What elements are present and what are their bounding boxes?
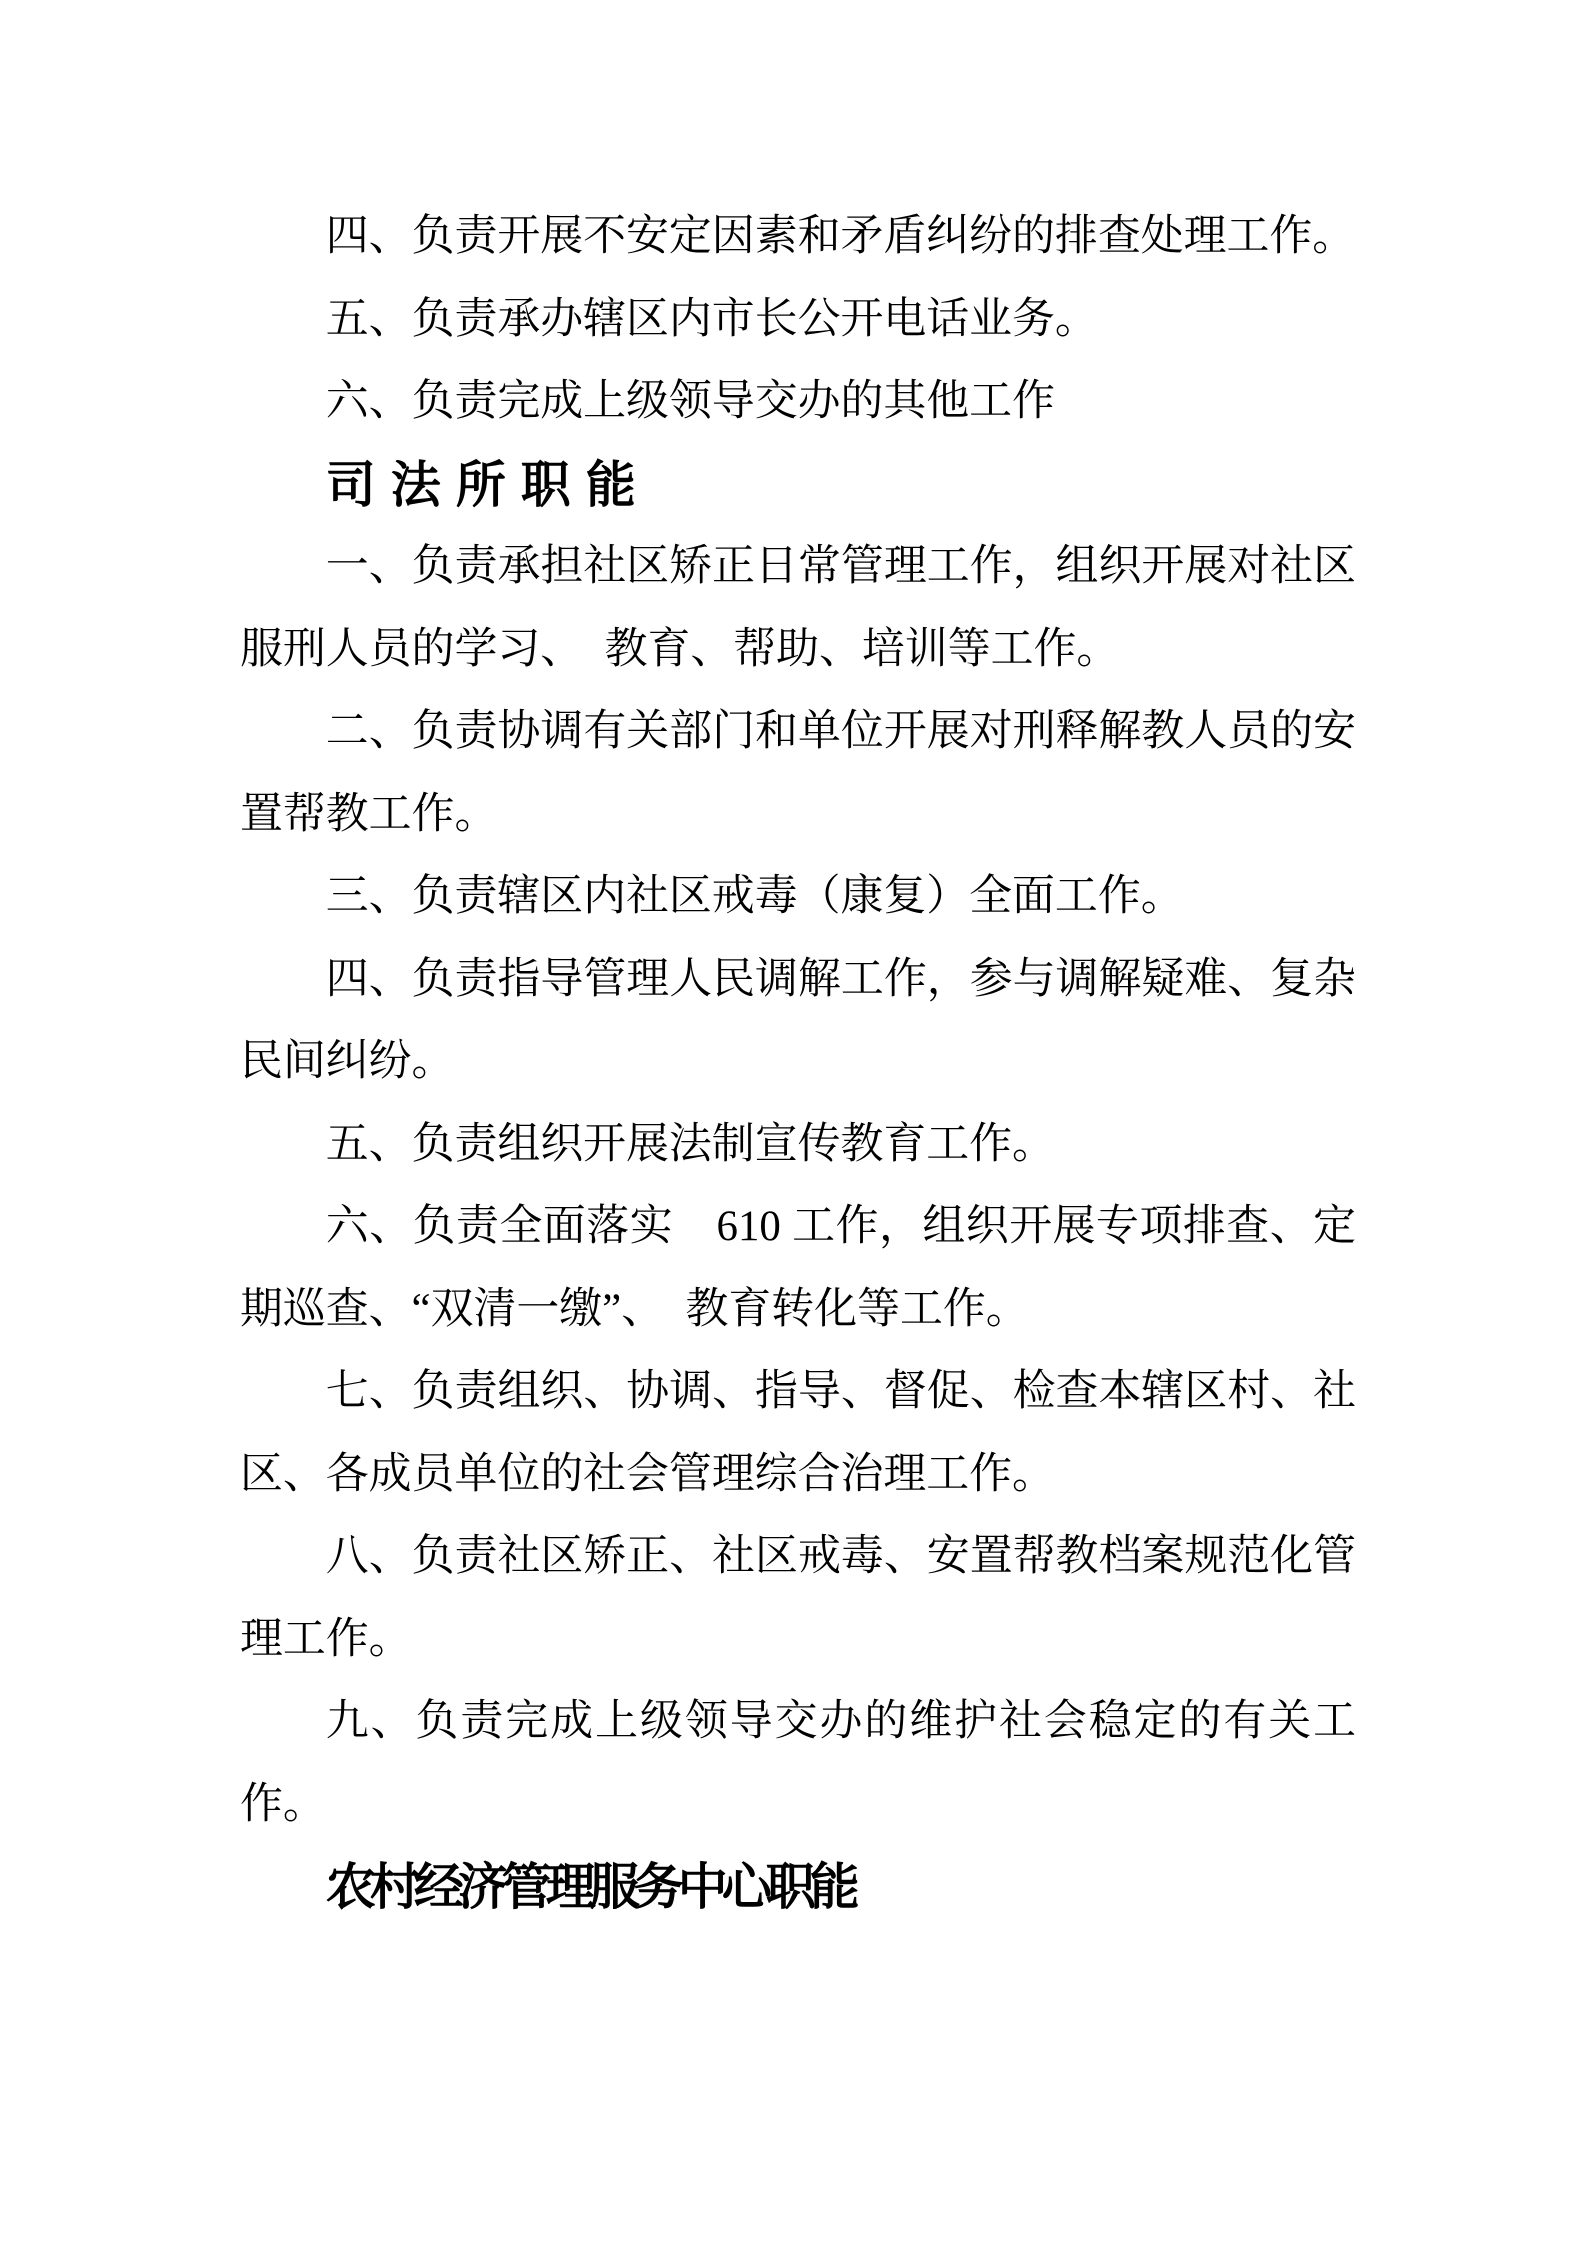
body-paragraph: 四、负责指导管理人民调解工作，参与调解疑难、复杂民间纠纷。: [240, 939, 1356, 1104]
document-page: 四、负责开展不安定因素和矛盾纠纷的排查处理工作。 五、负责承办辖区内市长公开电话…: [0, 0, 1587, 2245]
body-paragraph: 五、负责组织开展法制宣传教育工作。: [240, 1104, 1356, 1187]
body-paragraph: 六、负责完成上级领导交办的其他工作: [240, 361, 1356, 444]
body-paragraph: 三、负责辖区内社区戒毒（康复）全面工作。: [240, 856, 1356, 939]
section-heading-justice-office: 司法所职能: [240, 444, 1356, 527]
body-paragraph: 六、负责全面落实 610 工作，组织开展专项排查、定期巡查、“双清一缴”、 教育…: [240, 1186, 1356, 1351]
body-paragraph: 九、负责完成上级领导交办的维护社会稳定的有关工作。: [240, 1681, 1356, 1846]
body-paragraph: 五、负责承办辖区内市长公开电话业务。: [240, 279, 1356, 362]
body-paragraph: 四、负责开展不安定因素和矛盾纠纷的排查处理工作。: [240, 196, 1356, 279]
body-paragraph: 二、负责协调有关部门和单位开展对刑释解教人员的安置帮教工作。: [240, 691, 1356, 856]
body-paragraph: 七、负责组织、协调、指导、督促、检查本辖区村、社区、各成员单位的社会管理综合治理…: [240, 1351, 1356, 1516]
document-content: 四、负责开展不安定因素和矛盾纠纷的排查处理工作。 五、负责承办辖区内市长公开电话…: [240, 196, 1356, 1929]
section-heading-rural-economy-center: 农村经济管理服务中心职能: [240, 1846, 1356, 1929]
body-paragraph: 一、负责承担社区矫正日常管理工作，组织开展对社区服刑人员的学习、 教育、帮助、培…: [240, 526, 1356, 691]
body-paragraph: 八、负责社区矫正、社区戒毒、安置帮教档案规范化管理工作。: [240, 1516, 1356, 1681]
